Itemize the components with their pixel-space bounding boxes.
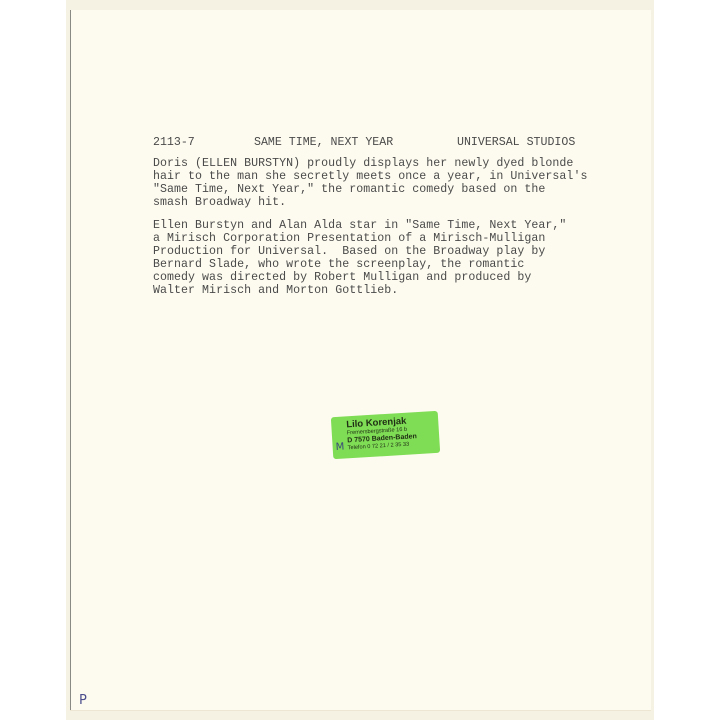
- corner-pencil-mark: P: [79, 693, 87, 708]
- studio-name: UNIVERSAL STUDIOS: [457, 136, 575, 149]
- press-release-sheet: [70, 10, 651, 710]
- handwritten-mark: M: [335, 442, 344, 454]
- caption-paragraph-1: Doris (ELLEN BURSTYN) proudly displays h…: [153, 157, 587, 209]
- still-code: 2113-7: [153, 136, 195, 149]
- caption-paragraph-2: Ellen Burstyn and Alan Alda star in "Sam…: [153, 219, 566, 297]
- film-title: SAME TIME, NEXT YEAR: [254, 136, 393, 149]
- caption-header: 2113-7 SAME TIME, NEXT YEAR UNIVERSAL ST…: [153, 136, 583, 150]
- address-sticker: Lilo Korenjak Fremersbergstraße 16 b D 7…: [331, 411, 440, 459]
